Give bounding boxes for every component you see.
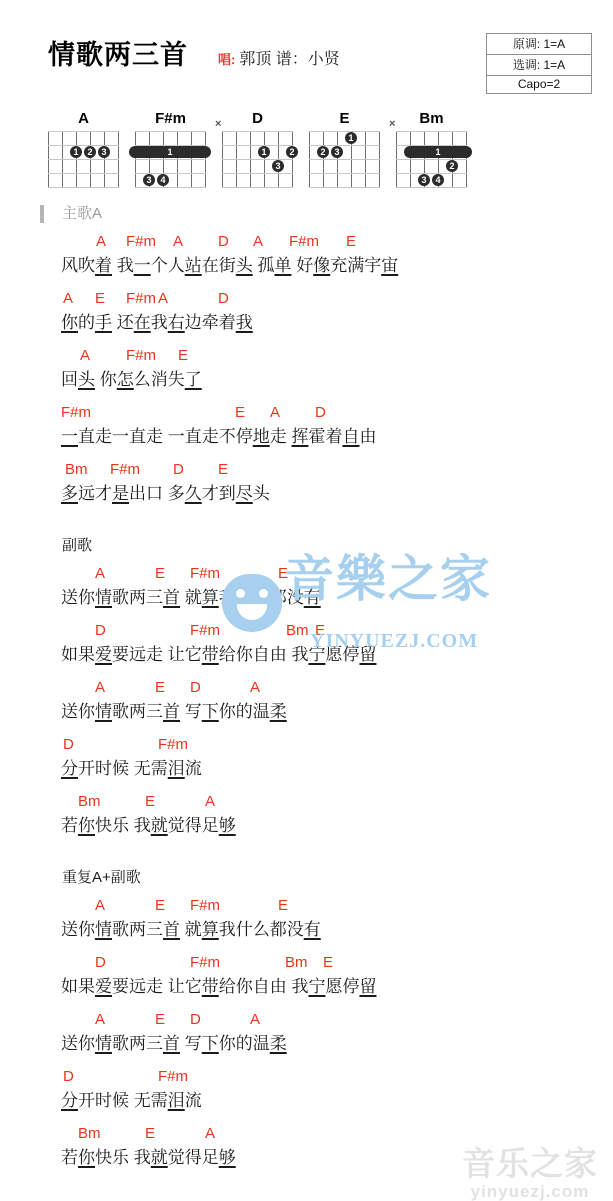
fret-line [48,131,119,132]
chord-label: F#m [126,290,156,307]
chord-diagram-row: A123F#m134D×123E123Bm×1234 [48,110,613,188]
chord-diagram-D: D×123 [222,110,293,188]
lyric-row: 回头 你怎么消失了 [40,368,613,392]
fret-line [396,131,467,132]
fret-line [135,187,206,188]
song-body: 主歌AAF#mADAF#mE风吹着 我一个人站在街头 孤单 好像充满宇宙AEF#… [40,204,613,1170]
section-label: 重复A+副歌 [62,869,141,886]
lyric-row: 一直走一直走 一直走不停地走 挥霍着自由 [40,425,613,449]
lyric-segment-underlined: 头 [236,256,253,275]
chord-label: A [270,404,280,421]
chord-diagram-label: E [309,110,380,128]
song-line: DF#mBmE如果爱要远走 让它带给你自由 我宁愿停留 [40,619,613,667]
fret-line [48,159,119,160]
lyric-segment-underlined: 爱 [95,645,112,664]
lyric-segment-underlined: 挥 [291,427,308,446]
fretboard-grid: 123 [309,131,380,188]
chord-label: E [155,565,165,582]
lyric-segment-underlined: 泪 [168,759,185,778]
lyric-segment: 愿停 [325,977,359,996]
lyric-segment: 开时候 无需 [78,1091,168,1110]
lyric-segment: 流 [185,759,202,778]
lyric-row: 送你情歌两三首 就算我什么都没有 [40,586,613,610]
muted-string-x-icon: × [215,118,221,130]
fret-line [222,187,293,188]
sing-label: 唱: [218,52,235,67]
lyric-segment: 愿停 [325,645,359,664]
chord-label: Bm [78,1125,101,1142]
chord-label: F#m [61,404,91,421]
chord-label: F#m [289,233,319,250]
lyric-segment-underlined: 怎 [117,370,134,389]
song-line: AEF#mE送你情歌两三首 就算我什么都没有 [40,894,613,942]
lyric-segment: 个人 [151,256,185,275]
lyric-segment: 写 [180,702,202,721]
song-line: AEDA送你情歌两三首 写下你的温柔 [40,1008,613,1056]
chord-label: F#m [126,347,156,364]
chord-label: F#m [158,736,188,753]
lyric-segment-underlined: 自 [342,427,359,446]
song-line: BmEA若你快乐 我就觉得足够 [40,1122,613,1170]
fret-line [309,173,380,174]
chord-row: AEDA [40,676,613,700]
chord-label: Bm [286,622,309,639]
section-header: 重复A+副歌 [40,868,613,888]
lyric-segment-underlined: 你 [78,1148,95,1167]
lyric-segment: 开时候 无需 [78,759,168,778]
lyric-segment-underlined: 手 [95,313,112,332]
chord-label: F#m [126,233,156,250]
lyric-segment: 歌两三 [112,702,163,721]
chord-label: A [95,897,105,914]
lyric-segment-underlined: 站 [185,256,202,275]
chord-diagram-F#m: F#m134 [135,110,206,188]
lyric-row: 你的手 还在我右边牵着我 [40,311,613,335]
chord-label: A [95,1011,105,1028]
chord-label: A [95,679,105,696]
lyric-segment: 如果 [61,977,95,996]
chord-label: E [155,897,165,914]
lyric-segment: 边牵着 [185,313,236,332]
finger-dot: 4 [432,174,444,186]
lyric-segment-underlined: 在 [134,313,151,332]
chord-label: D [190,1011,201,1028]
finger-dot: 1 [258,146,270,158]
fret-line [222,173,293,174]
finger-dot: 2 [317,146,329,158]
fret-line [396,187,467,188]
chord-diagram-label: F#m [135,110,206,128]
lyric-row: 送你情歌两三首 就算我什么都没有 [40,918,613,942]
lyric-segment-underlined: 下 [202,1034,219,1053]
chord-label: F#m [190,954,220,971]
chord-diagram-label: D [222,110,293,128]
chord-row: DF#m [40,1065,613,1089]
chord-label: A [96,233,106,250]
lyric-segment: 由 [359,427,376,446]
chord-label: A [95,565,105,582]
song-line: AEDA送你情歌两三首 写下你的温柔 [40,676,613,724]
lyric-row: 分开时候 无需泪流 [40,1089,613,1113]
chord-row: AEF#mE [40,894,613,918]
lyric-segment: 歌两三 [112,1034,163,1053]
chord-label: D [63,1068,74,1085]
lyric-segment: 快乐 我 [95,816,151,835]
chord-label: D [218,233,229,250]
chord-label: D [218,290,229,307]
chord-label: F#m [158,1068,188,1085]
chord-label: D [315,404,326,421]
chord-row: AEF#mE [40,562,613,586]
lyric-segment-underlined: 带 [202,645,219,664]
song-line: AF#mADAF#mE风吹着 我一个人站在街头 孤单 好像充满宇宙 [40,230,613,278]
finger-dot: 1 [345,132,357,144]
lyric-segment: 你的温 [219,702,270,721]
chord-label: E [218,461,228,478]
chord-diagram-E: E123 [309,110,380,188]
fret-line [309,131,380,132]
section-3: 重复A+副歌AEF#mE送你情歌两三首 就算我什么都没有DF#mBmE如果爱要远… [40,868,613,1170]
chord-label: D [190,679,201,696]
fret-line [309,159,380,160]
chord-row: AEDA [40,1008,613,1032]
chord-label: E [346,233,356,250]
finger-dot: 4 [157,174,169,186]
lyric-segment-underlined: 柔 [270,1034,287,1053]
fretboard-grid: ×123 [222,131,293,188]
lyric-segment-underlined: 头 [78,370,95,389]
lyric-segment: 么消失 [134,370,185,389]
lyric-segment: 才到 [202,484,236,503]
chord-label: E [145,793,155,810]
lyric-segment: 流 [185,1091,202,1110]
chord-diagram-Bm: Bm×1234 [396,110,467,188]
song-line: AEF#mE送你情歌两三首 就算我什么都没有 [40,562,613,610]
key-box-row-2: 选调: 1=A [486,54,592,76]
lyric-segment-underlined: 首 [163,920,180,939]
lyric-segment-underlined: 首 [163,702,180,721]
lyric-segment: 觉得足 [168,816,219,835]
chord-label: D [173,461,184,478]
lyric-segment: 你 [95,370,117,389]
lyric-segment-underlined: 有 [304,588,321,607]
fret-line [135,131,206,132]
lyric-segment-underlined: 留 [359,645,376,664]
lyric-segment-underlined: 一 [61,427,78,446]
chord-diagram-A: A123 [48,110,119,188]
lyric-segment-underlined: 情 [95,920,112,939]
chord-label: F#m [190,565,220,582]
lyric-segment: 风吹 [61,256,95,275]
song-line: DF#m分开时候 无需泪流 [40,1065,613,1113]
lyric-segment: 送你 [61,1034,95,1053]
chord-sheet-page: 情歌两三首 唱:郭顶 谱：小贤 原调: 1=A选调: 1=ACapo=2 A12… [0,0,613,1201]
section-header: 副歌 [40,536,613,556]
fret-line [48,187,119,188]
lyric-segment-underlined: 你 [61,313,78,332]
fret-line [309,187,380,188]
lyric-segment: 送你 [61,702,95,721]
chord-row: DF#mBmE [40,951,613,975]
section-2: 副歌AEF#mE送你情歌两三首 就算我什么都没有DF#mBmE如果爱要远走 让它… [40,536,613,838]
fret-line [396,173,467,174]
lyric-segment: 我什么都没 [219,920,304,939]
singer-arranger: 郭顶 谱：小贤 [239,51,339,68]
chord-label: E [323,954,333,971]
chord-label: E [278,897,288,914]
lyric-segment: 霍着 [308,427,342,446]
lyric-row: 多远才是出口 多久才到尽头 [40,482,613,506]
chord-row: DF#mBmE [40,619,613,643]
lyric-segment-underlined: 尽 [236,484,253,503]
chord-label: F#m [190,622,220,639]
lyric-segment: 送你 [61,920,95,939]
lyric-segment: 若 [61,1148,78,1167]
section-header: 主歌A [40,204,613,224]
lyric-segment: 要远走 让它 [112,645,202,664]
chord-label: A [250,1011,260,1028]
chord-label: E [315,622,325,639]
fret-line [48,173,119,174]
lyric-row: 如果爱要远走 让它带给你自由 我宁愿停留 [40,975,613,999]
chord-label: D [95,954,106,971]
lyric-segment: 在街 [202,256,236,275]
section-1: 主歌AAF#mADAF#mE风吹着 我一个人站在街头 孤单 好像充满宇宙AEF#… [40,204,613,506]
finger-dot: 2 [84,146,96,158]
chord-label: A [173,233,183,250]
song-credit: 唱:郭顶 谱：小贤 [218,46,340,69]
lyric-segment-underlined: 就 [151,816,168,835]
lyric-segment-underlined: 地 [253,427,270,446]
chord-label: E [235,404,245,421]
lyric-segment-underlined: 单 [274,256,291,275]
lyric-segment-underlined: 爱 [95,977,112,996]
lyric-segment-underlined: 算 [202,588,219,607]
chord-label: A [205,1125,215,1142]
fret-line [396,159,467,160]
muted-string-x-icon: × [389,118,395,130]
key-box-row-1: 原调: 1=A [486,33,592,55]
lyric-segment: 我 [112,256,134,275]
lyric-segment: 还 [112,313,134,332]
lyric-segment-underlined: 泪 [168,1091,185,1110]
chord-row: BmF#mDE [40,458,613,482]
finger-dot: 2 [286,146,298,158]
lyric-segment: 要远走 让它 [112,977,202,996]
chord-label: F#m [110,461,140,478]
lyric-segment: 出口 多 [129,484,185,503]
lyric-segment: 就 [180,588,202,607]
chord-row: AEF#mAD [40,287,613,311]
chord-label: A [63,290,73,307]
lyric-segment-underlined: 分 [61,759,78,778]
finger-dot: 3 [272,160,284,172]
song-line: AEF#mAD你的手 还在我右边牵着我 [40,287,613,335]
lyric-segment-underlined: 宙 [381,256,398,275]
lyric-segment-underlined: 久 [185,484,202,503]
chord-label: A [80,347,90,364]
lyric-segment-underlined: 你 [78,816,95,835]
lyric-segment-underlined: 留 [359,977,376,996]
lyric-segment-underlined: 宁 [308,977,325,996]
chord-label: A [253,233,263,250]
chord-label: A [158,290,168,307]
lyric-segment-underlined: 右 [168,313,185,332]
lyric-segment: 我 [151,313,168,332]
lyric-segment-underlined: 柔 [270,702,287,721]
lyric-row: 风吹着 我一个人站在街头 孤单 好像充满宇宙 [40,254,613,278]
fret-line [48,145,119,146]
chord-diagram-label: A [48,110,119,128]
fretboard-grid: 134 [135,131,206,188]
lyric-segment-underlined: 情 [95,588,112,607]
lyric-segment-underlined: 一 [134,256,151,275]
fret-line [222,131,293,132]
lyric-segment: 觉得足 [168,1148,219,1167]
finger-dot: 3 [331,146,343,158]
finger-dot: 3 [143,174,155,186]
fret-line [222,159,293,160]
chord-label: F#m [190,897,220,914]
corner-watermark-latin: yinyuezj.com [462,1182,598,1201]
chord-row: BmEA [40,1122,613,1146]
section-label: 副歌 [62,537,92,554]
lyric-segment-underlined: 我 [236,313,253,332]
fretboard-grid: 123 [48,131,119,188]
song-line: DF#mBmE如果爱要远走 让它带给你自由 我宁愿停留 [40,951,613,999]
chord-row: DF#m [40,733,613,757]
lyric-segment: 给你自由 我 [219,645,309,664]
lyric-segment-underlined: 有 [304,920,321,939]
lyric-segment-underlined: 情 [95,702,112,721]
barre-finger: 1 [404,146,472,158]
lyric-segment: 回 [61,370,78,389]
chord-diagram-label: Bm [396,110,467,128]
chord-label: D [95,622,106,639]
song-line: BmF#mDE多远才是出口 多久才到尽头 [40,458,613,506]
lyric-row: 若你快乐 我就觉得足够 [40,814,613,838]
lyric-segment-underlined: 首 [163,1034,180,1053]
chord-label: E [95,290,105,307]
lyric-row: 分开时候 无需泪流 [40,757,613,781]
lyric-segment: 写 [180,1034,202,1053]
lyric-row: 若你快乐 我就觉得足够 [40,1146,613,1170]
barre-finger: 1 [129,146,211,158]
fretboard-grid: ×1234 [396,131,467,188]
chord-row: BmEA [40,790,613,814]
lyric-segment-underlined: 下 [202,702,219,721]
chord-label: E [155,1011,165,1028]
song-title: 情歌两三首 [48,33,188,72]
lyric-segment-underlined: 首 [163,588,180,607]
lyric-segment-underlined: 分 [61,1091,78,1110]
finger-dot: 3 [98,146,110,158]
key-box-row-3: Capo=2 [486,75,592,94]
key-box: 原调: 1=A选调: 1=ACapo=2 [486,33,592,94]
chord-label: Bm [78,793,101,810]
lyric-segment-underlined: 带 [202,977,219,996]
lyric-segment: 快乐 我 [95,1148,151,1167]
chord-row: AF#mE [40,344,613,368]
finger-dot: 2 [446,160,458,172]
lyric-segment: 送你 [61,588,95,607]
lyric-segment: 歌两三 [112,588,163,607]
lyric-segment: 你的温 [219,1034,270,1053]
lyric-segment: 如果 [61,645,95,664]
lyric-segment-underlined: 宁 [308,645,325,664]
lyric-segment-underlined: 多 [61,484,78,503]
fret-line [135,159,206,160]
chord-label: E [178,347,188,364]
chord-label: Bm [285,954,308,971]
chord-label: E [155,679,165,696]
chord-row: AF#mADAF#mE [40,230,613,254]
lyric-segment: 好 [291,256,313,275]
chord-label: Bm [65,461,88,478]
song-line: DF#m分开时候 无需泪流 [40,733,613,781]
lyric-segment-underlined: 是 [112,484,129,503]
finger-dot: 3 [418,174,430,186]
lyric-segment-underlined: 着 [95,256,112,275]
chord-label: A [250,679,260,696]
section-marker-bar [40,205,44,223]
lyric-segment-underlined: 像 [313,256,330,275]
lyric-segment: 充满宇 [330,256,381,275]
section-label: 主歌A [62,205,102,222]
chord-label: A [205,793,215,810]
lyric-segment: 我什么都没 [219,588,304,607]
lyric-segment-underlined: 够 [219,816,236,835]
lyric-segment-underlined: 情 [95,1034,112,1053]
lyric-segment: 远才 [78,484,112,503]
lyric-segment-underlined: 够 [219,1148,236,1167]
lyric-row: 送你情歌两三首 写下你的温柔 [40,1032,613,1056]
lyric-segment-underlined: 算 [202,920,219,939]
lyric-segment: 就 [180,920,202,939]
lyric-segment: 孤 [253,256,275,275]
song-line: AF#mE回头 你怎么消失了 [40,344,613,392]
chord-row: F#mEAD [40,401,613,425]
song-line: BmEA若你快乐 我就觉得足够 [40,790,613,838]
lyric-row: 如果爱要远走 让它带给你自由 我宁愿停留 [40,643,613,667]
fret-line [222,145,293,146]
chord-label: E [145,1125,155,1142]
lyric-segment: 直走一直走 一直走不停 [78,427,253,446]
lyric-segment-underlined: 了 [185,370,202,389]
lyric-segment: 的 [78,313,95,332]
lyric-segment: 走 [270,427,292,446]
lyric-segment: 歌两三 [112,920,163,939]
lyric-segment: 给你自由 我 [219,977,309,996]
lyric-segment: 若 [61,816,78,835]
lyric-row: 送你情歌两三首 写下你的温柔 [40,700,613,724]
finger-dot: 1 [70,146,82,158]
chord-label: E [278,565,288,582]
chord-label: D [63,736,74,753]
lyric-segment: 头 [253,484,270,503]
lyric-segment-underlined: 就 [151,1148,168,1167]
song-line: F#mEAD一直走一直走 一直走不停地走 挥霍着自由 [40,401,613,449]
